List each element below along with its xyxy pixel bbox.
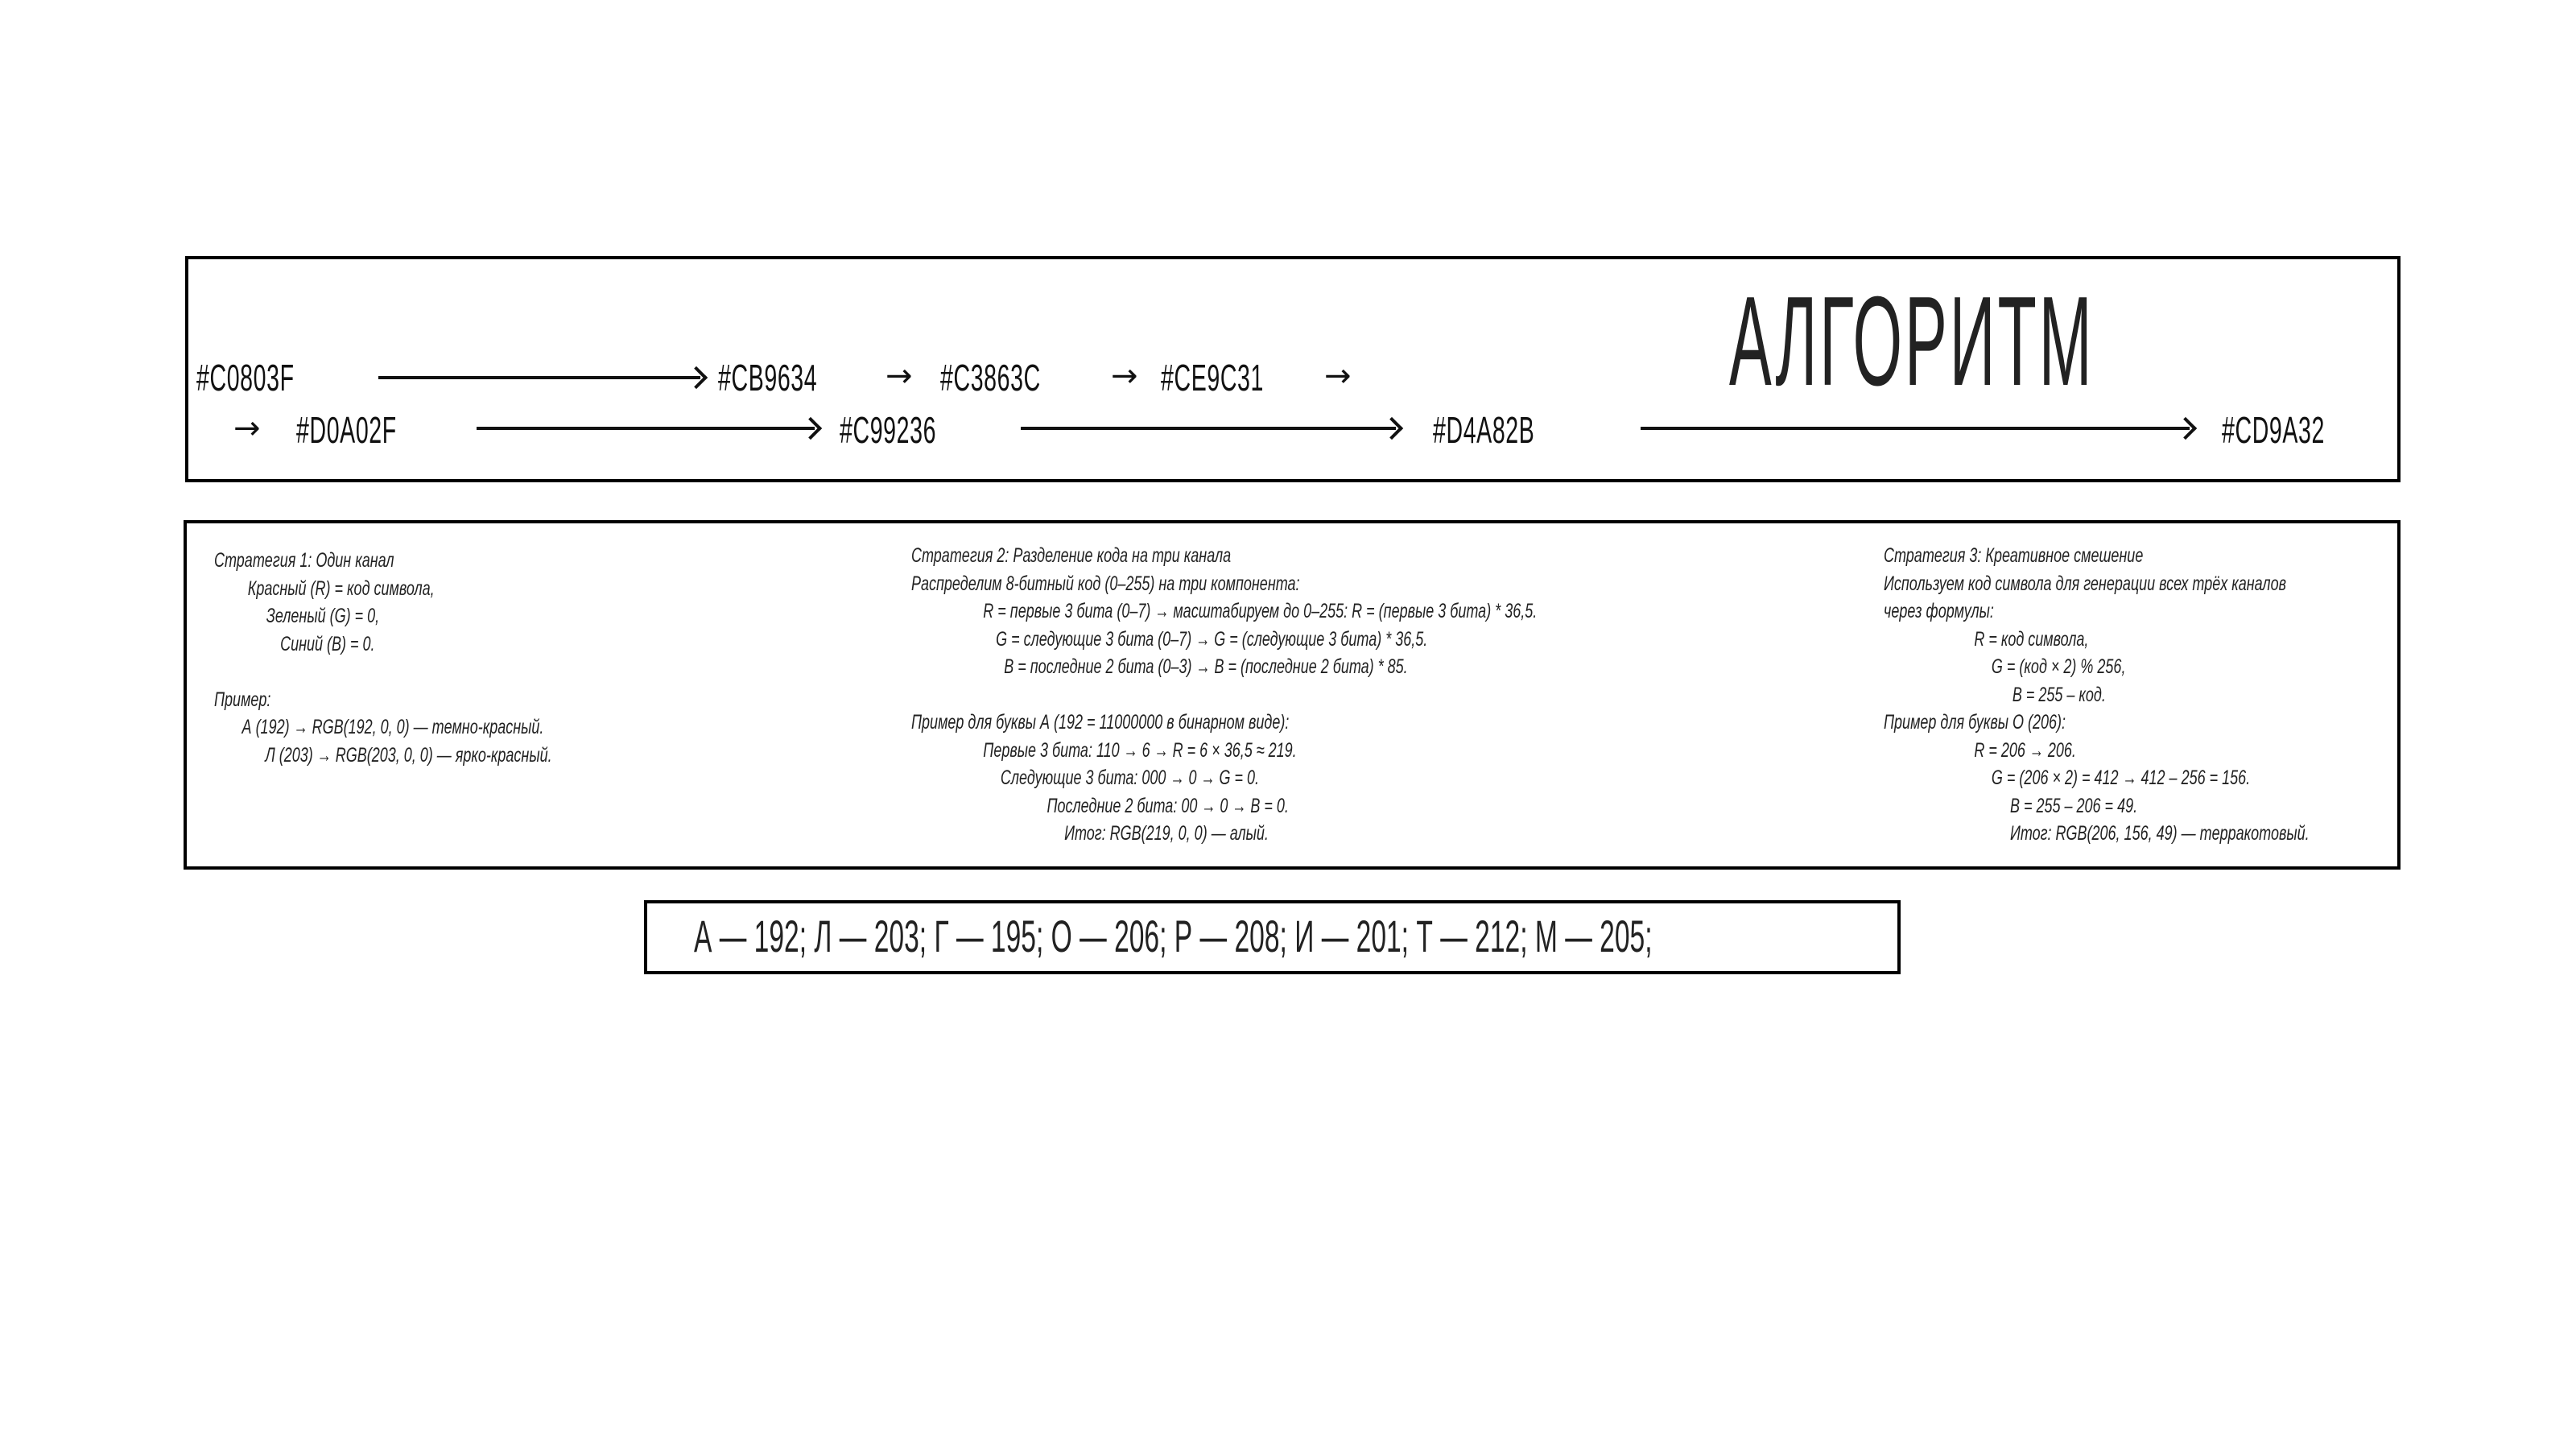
strategy-line: Следующие 3 бита: 000 → 0 → G = 0. [911, 764, 1537, 792]
hex-color-label: #C99236 [840, 411, 936, 448]
hex-color-label: #CB9634 [718, 359, 817, 396]
letter-codes-text: А — 192; Л — 203; Г — 195; О — 206; Р — … [694, 912, 1653, 961]
strategy-1: Стратегия 1: Один канал Красный (R) = ко… [214, 547, 552, 769]
strategy-line: R = 206 → 206. [1884, 737, 2310, 765]
strategy-line: R = первые 3 бита (0–7) → масштабируем д… [911, 597, 1537, 626]
strategy-line: R = код символа, [1884, 626, 2310, 654]
strategy-line: B = 255 – 206 = 49. [1884, 792, 2310, 820]
arrow-right-icon: → [1111, 360, 1138, 392]
strategy-line: Распределим 8-битный код (0–255) на три … [911, 570, 1537, 598]
strategy-line: Зеленый (G) = 0, [214, 602, 552, 630]
strategy-line: А (192) → RGB(192, 0, 0) — темно-красный… [214, 713, 552, 742]
strategy-line: G = следующие 3 бита (0–7) → G = (следую… [911, 626, 1537, 654]
arrow-right-icon: → [233, 412, 261, 444]
strategy-line: Красный (R) = код символа, [214, 575, 552, 603]
hex-color-label: #CD9A32 [2222, 411, 2325, 448]
strategy-line: Итог: RGB(219, 0, 0) — алый. [911, 820, 1537, 848]
strategy-line: Синий (B) = 0. [214, 630, 552, 659]
strategy-heading: Стратегия 3: Креативное смешение [1884, 542, 2310, 570]
strategy-line: Первые 3 бита: 110 → 6 → R = 6 × 36,5 ≈ … [911, 737, 1537, 765]
page-title: АЛГОРИТМ [1729, 278, 2095, 405]
strategy-line: Используем код символа для генерации все… [1884, 570, 2310, 598]
strategy-line: G = (код × 2) % 256, [1884, 653, 2310, 681]
arrow-line [477, 427, 815, 430]
arrow-line [378, 376, 700, 379]
strategy-heading: Стратегия 2: Разделение кода на три кана… [911, 542, 1537, 570]
hex-color-label: #C0803F [196, 359, 295, 396]
hex-color-label: #CE9C31 [1161, 359, 1264, 396]
strategy-line: Пример: [214, 686, 552, 714]
hex-color-label: #C3863C [940, 359, 1041, 396]
strategy-line: B = 255 – код. [1884, 681, 2310, 709]
strategy-line: B = последние 2 бита (0–3) → B = (послед… [911, 653, 1537, 681]
strategy-line [214, 658, 552, 686]
hex-color-label: #D0A02F [296, 411, 397, 448]
strategy-line: Пример для буквы О (206): [1884, 709, 2310, 737]
arrow-line [1021, 427, 1396, 430]
strategy-line: Итог: RGB(206, 156, 49) — терракотовый. [1884, 820, 2310, 848]
strategy-2: Стратегия 2: Разделение кода на три кана… [911, 542, 1537, 848]
strategy-line: через формулы: [1884, 597, 2310, 626]
arrow-right-icon: → [885, 360, 913, 392]
arrow-right-icon: → [1324, 360, 1352, 392]
hex-color-label: #D4A82B [1433, 411, 1534, 448]
strategy-heading: Стратегия 1: Один канал [214, 547, 552, 575]
strategy-line: Пример для буквы А (192 = 11000000 в бин… [911, 709, 1537, 737]
arrow-line [1641, 427, 2190, 430]
strategy-line: Л (203) → RGB(203, 0, 0) — ярко-красный. [214, 742, 552, 770]
strategy-3: Стратегия 3: Креативное смешение Использ… [1884, 542, 2310, 848]
strategy-line: G = (206 × 2) = 412 → 412 – 256 = 156. [1884, 764, 2310, 792]
strategy-line: Последние 2 бита: 00 → 0 → B = 0. [911, 792, 1537, 820]
strategy-line [911, 681, 1537, 709]
